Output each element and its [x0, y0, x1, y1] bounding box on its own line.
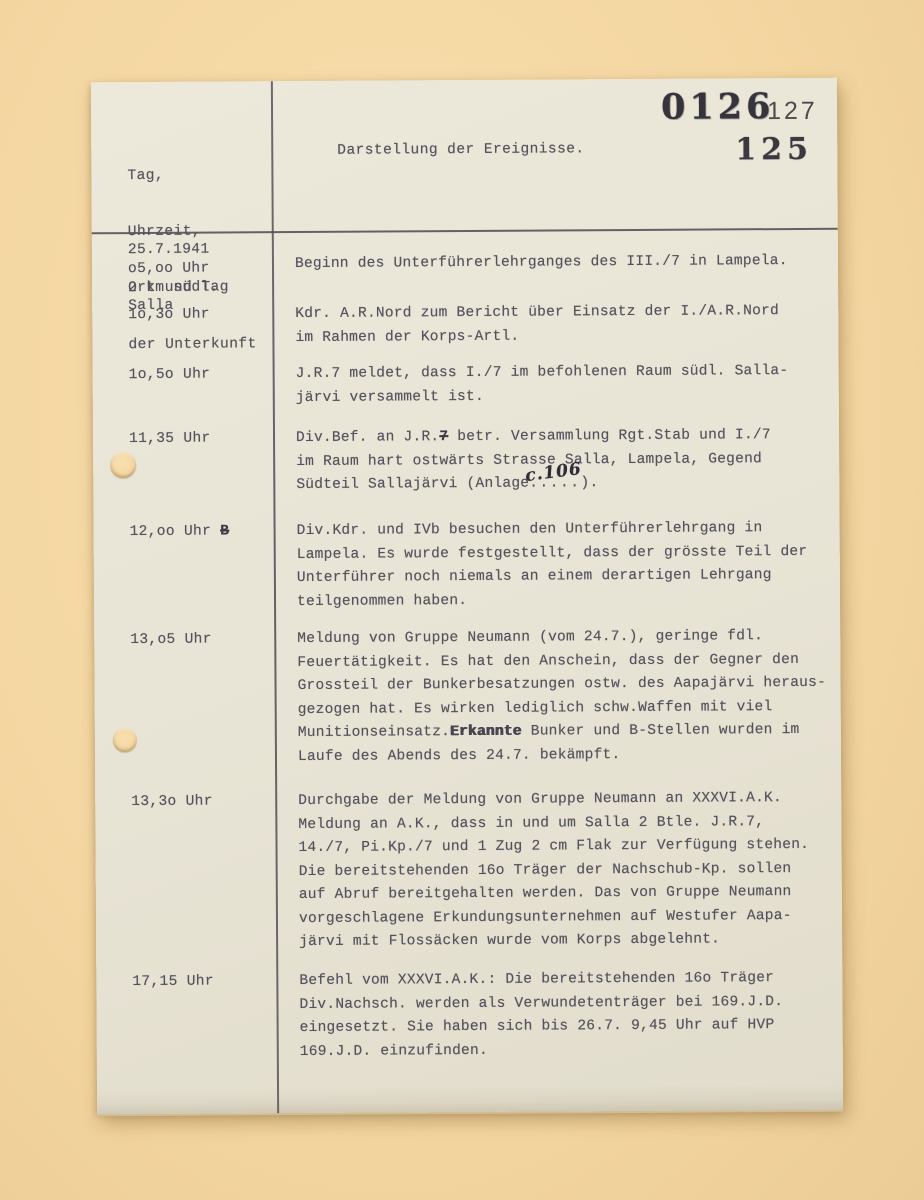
text-line: järvi mit Flossäcken wurde vom Korps abg…: [299, 928, 854, 955]
log-entry: 11,35 UhrDiv.Bef. an J.R.7 betr. Versamm…: [93, 424, 839, 429]
log-entry: 13,3o UhrDurchgabe der Meldung von Grupp…: [95, 787, 841, 792]
entry-text: Durchgabe der Meldung von Gruppe Neumann…: [298, 787, 854, 955]
entry-text: Div.Kdr. und IVb besuchen den Unterführe…: [297, 517, 853, 614]
entry-text: Div.Bef. an J.R.7 betr. Versammlung Rgt.…: [296, 424, 851, 498]
text-line: Durchgabe der Meldung von Gruppe Neumann…: [298, 787, 853, 814]
text-line: Laufe des Abends des 24.7. bekämpft.: [298, 742, 853, 769]
time-line: 13,o5 Uhr: [130, 629, 212, 653]
text-line: 14./7, Pi.Kp./7 und 1 Zug 2 cm Flak zur …: [298, 834, 853, 861]
time-line: 25.7.1941: [128, 241, 219, 260]
scan-canvas: { "document": { "stamps": { "page_stamp_…: [0, 0, 924, 1200]
text-segment: Munitionseinsatz.: [298, 724, 450, 741]
log-entries: 25.7.1941o5,oo Uhr2 km südl.SallaBeginn …: [91, 78, 843, 1115]
log-entry: 12,oo Uhr BDiv.Kdr. und IVb besuchen den…: [94, 517, 840, 522]
text-segment: Div.Bef. an J.R.: [296, 429, 439, 446]
text-line: Div.Nachsch. werden als Verwundetenträge…: [299, 990, 854, 1017]
text-line: Beginn des Unterführerlehrganges des III…: [295, 250, 850, 277]
text-line: Kdr. A.R.Nord zum Bericht über Einsatz d…: [295, 300, 850, 327]
text-segment: Südteil Sallajärvi (Anlage: [296, 476, 529, 493]
log-entry: 1o,5o UhrJ.R.7 meldet, dass I./7 im befo…: [93, 360, 839, 365]
entry-time: 17,15 Uhr: [132, 971, 214, 995]
text-line: järvi versammelt ist.: [296, 383, 851, 410]
text-line: Grossteil der Bunkerbesatzungen ostw. de…: [297, 672, 852, 699]
time-line: 13,3o Uhr: [131, 791, 213, 815]
text-line: Div.Bef. an J.R.7 betr. Versammlung Rgt.…: [296, 424, 851, 451]
text-line: vorgeschlagene Erkundungsunternehmen auf…: [299, 904, 854, 931]
text-line: Unterführer noch niemals an einem derart…: [297, 564, 852, 591]
text-segment: 12,oo Uhr: [130, 524, 221, 541]
text-line: eingesetzt. Sie haben sich bis 26.7. 9,4…: [300, 1014, 855, 1041]
text-line: Munitionseinsatz.Erkannte Bunker und B-S…: [298, 719, 853, 746]
time-line: 2 km südl.: [128, 278, 219, 297]
entry-time: 13,3o Uhr: [131, 791, 213, 815]
text-line: auf Abruf bereitgehalten werden. Das von…: [299, 881, 854, 908]
text-segment: betr. Versammlung Rgt.Stab und I./7: [448, 427, 771, 445]
text-line: J.R.7 meldet, dass I./7 im befohlenen Ra…: [296, 360, 851, 387]
time-line: 1o,5o Uhr: [129, 364, 211, 388]
entry-text: Befehl vom XXXVI.A.K.: Die bereitstehend…: [299, 967, 855, 1064]
text-line: im Rahmen der Korps-Artl.: [295, 323, 850, 350]
entry-text: Meldung von Gruppe Neumann (vom 24.7.), …: [297, 625, 853, 769]
entry-text: Beginn des Unterführerlehrganges des III…: [295, 250, 850, 277]
entry-text: Kdr. A.R.Nord zum Bericht über Einsatz d…: [295, 300, 850, 350]
time-line: 12,oo Uhr B: [130, 520, 230, 544]
text-line: Feuertätigkeit. Es hat den Anschein, das…: [297, 648, 852, 675]
entry-time: 11,35 Uhr: [129, 428, 211, 452]
overtyped-text: Erkannte: [450, 724, 522, 740]
entry-time: 1o,3o Uhr: [128, 304, 210, 328]
text-line: Div.Kdr. und IVb besuchen den Unterführe…: [297, 517, 852, 544]
time-line: 1o,3o Uhr: [128, 304, 210, 328]
text-line: gezogen hat. Es wirken lediglich schw.Wa…: [298, 695, 853, 722]
time-line: o5,oo Uhr: [128, 259, 219, 278]
dots-text: .....c.106: [529, 475, 580, 491]
text-line: Befehl vom XXXVI.A.K.: Die bereitstehend…: [299, 967, 854, 994]
log-entry: 17,15 UhrBefehl vom XXXVI.A.K.: Die bere…: [96, 967, 842, 972]
entry-time: 13,o5 Uhr: [130, 629, 212, 653]
time-line: 17,15 Uhr: [132, 971, 214, 995]
text-line: 169.J.D. einzufinden.: [300, 1037, 855, 1064]
text-line: Meldung von Gruppe Neumann (vom 24.7.), …: [297, 625, 852, 652]
text-line: Südteil Sallajärvi (Anlage.....c.106).: [296, 471, 851, 498]
log-entry: 13,o5 UhrMeldung von Gruppe Neumann (vom…: [94, 625, 840, 630]
entry-time: 1o,5o Uhr: [129, 364, 211, 388]
log-entry: 25.7.1941o5,oo Uhr2 km südl.SallaBeginn …: [92, 237, 838, 242]
text-segment: Bunker und B-Stellen wurden im: [522, 722, 800, 740]
text-line: teilgenommen haben.: [297, 587, 852, 614]
text-line: Meldung an A.K., dass in und um Salla 2 …: [298, 810, 853, 837]
text-line: Die bereitstehenden 16o Träger der Nachs…: [299, 857, 854, 884]
war-diary-page: 0126 127 125 Tag, Uhrzeit, Ort und Tag d…: [91, 78, 843, 1115]
time-line: 11,35 Uhr: [129, 428, 211, 452]
entry-text: J.R.7 meldet, dass I./7 im befohlenen Ra…: [296, 360, 851, 410]
struck-text: B: [220, 523, 229, 539]
entry-time: 12,oo Uhr B: [130, 520, 230, 544]
text-line: Lampela. Es wurde festgestellt, dass der…: [297, 540, 852, 567]
